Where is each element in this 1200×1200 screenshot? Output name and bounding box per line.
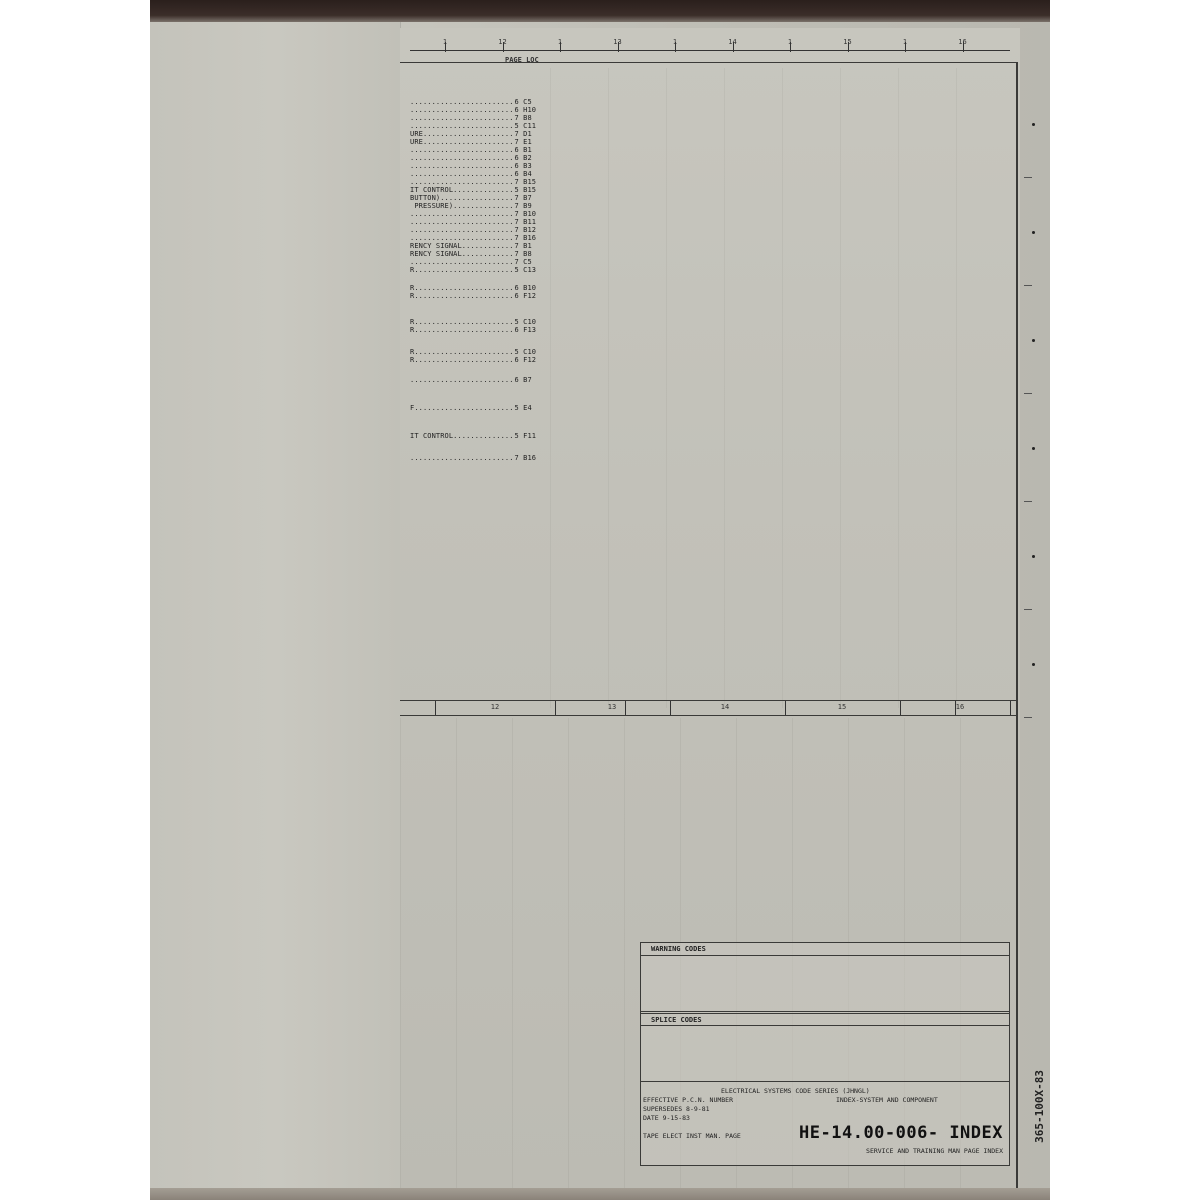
zone-marker-dot xyxy=(1032,231,1035,234)
index-entry-name: ........................ xyxy=(410,210,514,218)
dark-background-top xyxy=(150,0,1050,22)
index-entry: URE.....................7 D1 xyxy=(410,130,532,138)
zone-marker-dot xyxy=(1032,555,1035,558)
index-entry: ........................7 B10 xyxy=(410,210,536,218)
index-entry-name: BUTTON)................. xyxy=(410,194,514,202)
index-entry-page-loc: 5 C10 xyxy=(515,348,537,356)
service-label: SERVICE AND TRAINING MAN PAGE INDEX xyxy=(866,1147,1003,1155)
index-entry-name: F....................... xyxy=(410,404,514,412)
system-title: ELECTRICAL SYSTEMS CODE SERIES (JHNGL) xyxy=(721,1087,870,1095)
zone-label: 14 xyxy=(728,38,736,46)
index-entry-name: R....................... xyxy=(410,284,514,292)
right-zone-ruler xyxy=(1024,123,1044,743)
zone-tick xyxy=(1024,717,1032,718)
index-entry-name: R....................... xyxy=(410,266,514,274)
index-entry-page-loc: 5 C11 xyxy=(515,122,537,130)
index-entry-page-loc: 6 H10 xyxy=(515,106,537,114)
issue-date: DATE 9-15-83 xyxy=(643,1114,690,1122)
index-entry-page-loc: 7 B9 xyxy=(515,202,532,210)
index-entry-name: ........................ xyxy=(410,162,514,170)
index-entry: R.......................6 F12 xyxy=(410,292,536,300)
index-entry-page-loc: 7 B8 xyxy=(515,114,532,122)
index-entry-page-loc: 7 B7 xyxy=(515,194,532,202)
tape-label: TAPE ELECT INST MAN. PAGE xyxy=(643,1132,741,1140)
zone-tick xyxy=(1024,285,1032,286)
zone-label: 12 xyxy=(491,703,499,711)
zone-marker-dot xyxy=(1032,123,1035,126)
index-entry-name: ........................ xyxy=(410,114,514,122)
index-entry-page-loc: 7 E1 xyxy=(515,138,532,146)
zone-tick xyxy=(1024,177,1032,178)
ruler-line xyxy=(410,50,1010,51)
zone-label: 1 xyxy=(673,38,677,46)
index-entry-name: R....................... xyxy=(410,326,514,334)
index-entry: ........................7 B16 xyxy=(410,234,536,242)
zone-tick xyxy=(1024,501,1032,502)
index-entry: ........................6 B4 xyxy=(410,170,532,178)
index-entry: ........................7 C5 xyxy=(410,258,532,266)
ruler-tick xyxy=(670,701,671,715)
warning-codes-header: WARNING CODES xyxy=(641,943,1009,956)
index-entry-name: ........................ xyxy=(410,226,514,234)
index-entry-name: ........................ xyxy=(410,218,514,226)
index-entry-page-loc: 7 B11 xyxy=(515,218,537,226)
index-entry-page-loc: 5 C10 xyxy=(515,318,537,326)
index-entry-page-loc: 7 C5 xyxy=(515,258,532,266)
index-entry: PRESSURE)..............7 B9 xyxy=(410,202,532,210)
index-entry: ........................7 B11 xyxy=(410,218,536,226)
index-entry: ........................7 B16 xyxy=(410,454,536,462)
index-entry: ........................6 B3 xyxy=(410,162,532,170)
ruler-tick xyxy=(785,701,786,715)
zone-label: 1 xyxy=(558,38,562,46)
index-entry-page-loc: 7 B10 xyxy=(515,210,537,218)
warning-codes-box xyxy=(641,957,1009,1012)
index-entry: ........................5 C11 xyxy=(410,122,536,130)
index-entry-name: ........................ xyxy=(410,178,514,186)
supersedes-date: SUPERSEDES 8-9-81 xyxy=(643,1105,710,1113)
index-entry-page-loc: 5 F11 xyxy=(515,432,537,440)
zone-tick xyxy=(1024,609,1032,610)
index-entry-name: ........................ xyxy=(410,170,514,178)
index-entry: IT CONTROL..............5 F11 xyxy=(410,432,536,440)
index-entry: RENCY SIGNAL............7 B1 xyxy=(410,242,532,250)
index-entry: ........................6 B7 xyxy=(410,376,532,384)
index-entry-page-loc: 6 C5 xyxy=(515,98,532,106)
index-entry: ........................7 B15 xyxy=(410,178,536,186)
index-entry-name: ........................ xyxy=(410,98,514,106)
index-entry-page-loc: 7 B16 xyxy=(515,234,537,242)
zone-label: 16 xyxy=(958,38,966,46)
index-entry: F.......................5 E4 xyxy=(410,404,532,412)
splice-codes-box xyxy=(641,1027,1009,1082)
zone-marker-dot xyxy=(1032,447,1035,450)
index-entry-page-loc: 6 B7 xyxy=(515,376,532,384)
index-entry: ........................6 B1 xyxy=(410,146,532,154)
middle-zone-ruler: 1213141516 xyxy=(400,700,1016,716)
index-entry-name: ........................ xyxy=(410,154,514,162)
index-entry: ........................7 B12 xyxy=(410,226,536,234)
index-entry-page-loc: 5 E4 xyxy=(515,404,532,412)
index-entry-name: IT CONTROL.............. xyxy=(410,186,514,194)
index-entry: R.......................6 F12 xyxy=(410,356,536,364)
index-entry-page-loc: 7 B15 xyxy=(515,178,537,186)
index-entry: RENCY SIGNAL............7 B8 xyxy=(410,250,532,258)
index-entry-page-loc: 7 B1 xyxy=(515,242,532,250)
index-entry-name: R....................... xyxy=(410,356,514,364)
index-entry: R.......................6 F13 xyxy=(410,326,536,334)
index-entry: ........................6 C5 xyxy=(410,98,532,106)
index-entry-page-loc: 6 B10 xyxy=(515,284,537,292)
index-entry-page-loc: 5 C13 xyxy=(515,266,537,274)
index-entry-page-loc: 6 F12 xyxy=(515,356,537,364)
zone-label: 14 xyxy=(721,703,729,711)
zone-label: 13 xyxy=(613,38,621,46)
ruler-tick xyxy=(900,701,901,715)
zone-label: 1 xyxy=(788,38,792,46)
index-entry-page-loc: 6 B2 xyxy=(515,154,532,162)
index-entry: ........................6 B2 xyxy=(410,154,532,162)
index-entry-page-loc: 7 D1 xyxy=(515,130,532,138)
index-entry-name: ........................ xyxy=(410,454,514,462)
index-entry-page-loc: 6 B3 xyxy=(515,162,532,170)
title-block: WARNING CODES SPLICE CODES ELECTRICAL SY… xyxy=(640,942,1010,1166)
scanned-photo: 112113114115116 PAGE LOC ...............… xyxy=(150,0,1050,1200)
index-entry-name: R....................... xyxy=(410,348,514,356)
zone-label: 15 xyxy=(843,38,851,46)
zone-label: 15 xyxy=(838,703,846,711)
index-entry-name: RENCY SIGNAL............ xyxy=(410,242,514,250)
faint-schematic-bleed xyxy=(550,68,1010,708)
ruler-tick xyxy=(625,701,626,715)
index-entry-name: ........................ xyxy=(410,376,514,384)
index-sheet: 112113114115116 PAGE LOC ...............… xyxy=(400,28,1020,1188)
index-entry: IT CONTROL..............5 B15 xyxy=(410,186,536,194)
index-entry: BUTTON).................7 B7 xyxy=(410,194,532,202)
zone-marker-dot xyxy=(1032,663,1035,666)
index-entry-name: URE..................... xyxy=(410,130,514,138)
index-entry: R.......................5 C10 xyxy=(410,348,536,356)
index-entry: ........................6 H10 xyxy=(410,106,536,114)
index-entry-page-loc: 6 F13 xyxy=(515,326,537,334)
effective-pcn: EFFECTIVE P.C.N. NUMBER xyxy=(643,1096,733,1104)
index-entry-name: ........................ xyxy=(410,122,514,130)
index-entry-page-loc: 6 F12 xyxy=(515,292,537,300)
index-entry-name: ........................ xyxy=(410,234,514,242)
index-entry-page-loc: 7 B12 xyxy=(515,226,537,234)
zone-label: 1 xyxy=(443,38,447,46)
zone-label: 13 xyxy=(608,703,616,711)
splice-codes-header: SPLICE CODES xyxy=(641,1013,1009,1026)
zone-marker-dot xyxy=(1032,339,1035,342)
index-entry-page-loc: 5 B15 xyxy=(515,186,537,194)
index-entry: R.......................5 C10 xyxy=(410,318,536,326)
index-entry-page-loc: 6 B4 xyxy=(515,170,532,178)
index-entry-name: R....................... xyxy=(410,318,514,326)
ruler-tick xyxy=(1010,701,1011,715)
index-entry: R.......................6 B10 xyxy=(410,284,536,292)
vertical-doc-code: 365-100X-83 xyxy=(1033,1070,1046,1143)
index-entry-page-loc: 6 B1 xyxy=(515,146,532,154)
ruler-tick xyxy=(435,701,436,715)
page-number: HE-14.00-006- INDEX xyxy=(799,1123,1003,1143)
ruler-tick xyxy=(555,701,556,715)
left-facing-page xyxy=(150,22,401,1188)
index-entry: URE.....................7 E1 xyxy=(410,138,532,146)
index-entry-page-loc: 7 B16 xyxy=(515,454,537,462)
index-entry-name: IT CONTROL.............. xyxy=(410,432,514,440)
index-entry-name: ........................ xyxy=(410,106,514,114)
index-subtitle: INDEX-SYSTEM AND COMPONENT xyxy=(836,1096,938,1104)
index-entry-name: URE..................... xyxy=(410,138,514,146)
index-entry-name: RENCY SIGNAL............ xyxy=(410,250,514,258)
index-entry-name: R....................... xyxy=(410,292,514,300)
index-entry-name: PRESSURE).............. xyxy=(410,202,514,210)
dark-background-bottom xyxy=(150,1188,1050,1200)
index-entry-page-loc: 7 B8 xyxy=(515,250,532,258)
index-entry-name: ........................ xyxy=(410,146,514,154)
index-entry: R.......................5 C13 xyxy=(410,266,536,274)
zone-label: 12 xyxy=(498,38,506,46)
zone-tick xyxy=(1024,393,1032,394)
top-zone-ruler: 112113114115116 xyxy=(410,28,1010,62)
index-entry-name: ........................ xyxy=(410,258,514,266)
index-entry: ........................7 B8 xyxy=(410,114,532,122)
zone-label: 1 xyxy=(903,38,907,46)
zone-label: 16 xyxy=(956,703,964,711)
